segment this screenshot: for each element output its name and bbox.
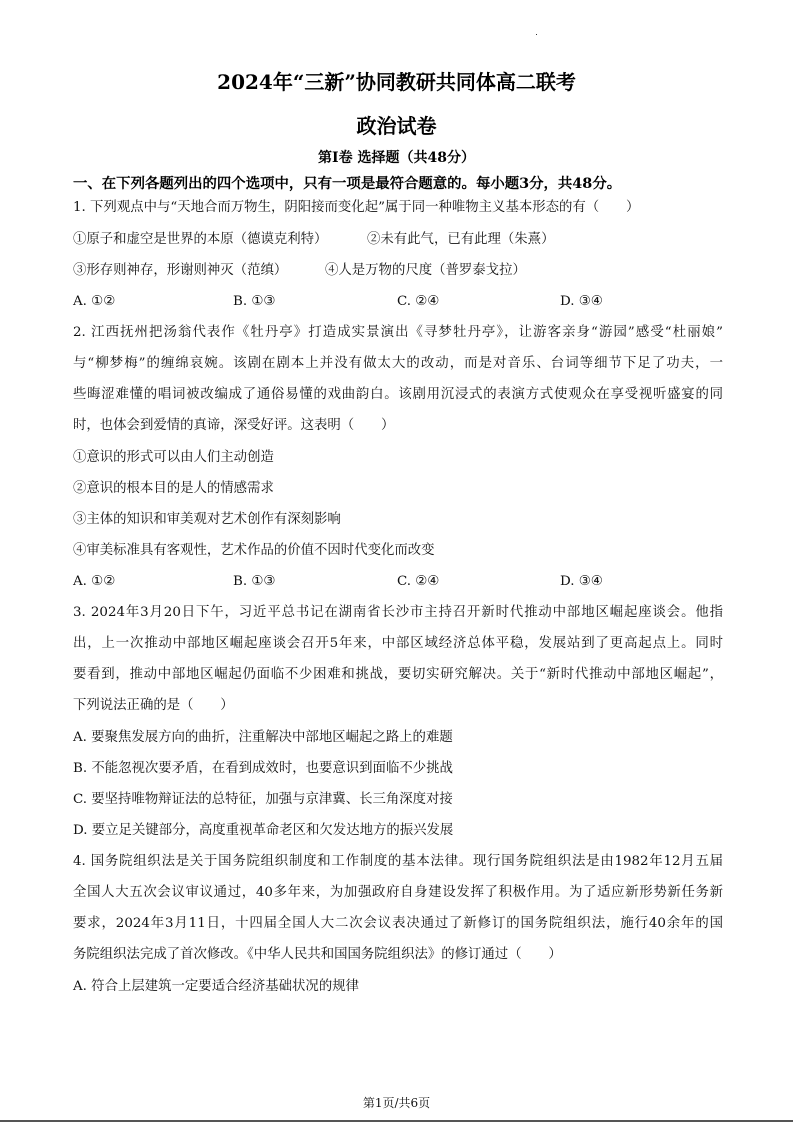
- q4-option-a[interactable]: A. 符合上层建筑一定要适合经济基础状况的规律: [73, 979, 359, 995]
- question-3-stem-line-1: 3. 2024年3月20日下午，习近平总书记在湖南省长沙市主持召开新时代推动中部…: [73, 605, 723, 621]
- q2-statement-2: ②意识的根本目的是人的情感需求: [73, 481, 274, 497]
- exam-title: 2024年“三新”协同教研共同体高二联考: [0, 66, 793, 95]
- question-4-stem-line-1: 4. 国务院组织法是关于国务院组织制度和工作制度的基本法律。现行国务院组织法是由…: [73, 854, 723, 870]
- q1-statement-4: ④人是万物的尺度（普罗泰戈拉）: [325, 263, 526, 279]
- q1-statement-1: ①原子和虚空是世界的本原（德谟克利特）: [73, 232, 327, 248]
- section-instruction: 一、在下列各题列出的四个选项中，只有一项是最符合题意的。每小题3分，共48分。: [73, 172, 621, 193]
- q1-option-c[interactable]: C. ②④: [397, 294, 439, 310]
- question-4-stem-line-2: 全国人大五次会议审议通过，40多年来，为加强政府自身建设发挥了积极作用。为了适应…: [73, 885, 723, 901]
- q1-option-b[interactable]: B. ①③: [233, 294, 275, 310]
- q2-option-d[interactable]: D. ③④: [560, 574, 603, 590]
- q1-option-d[interactable]: D. ③④: [560, 294, 603, 310]
- q3-option-b[interactable]: B. 不能忽视次要矛盾，在看到成效时，也要意识到面临不少挑战: [73, 761, 453, 777]
- question-2-stem-line-4: 时，也体会到爱情的真谛，深受好评。这表明（ ）: [73, 418, 394, 434]
- question-1-stem: 1. 下列观点中与“天地合而万物生，阴阳接而变化起”属于同一种唯物主义基本形态的…: [73, 200, 639, 216]
- q2-statement-4: ④审美标准具有客观性，艺术作品的价值不因时代变化而改变: [73, 543, 435, 559]
- question-2-stem-line-2: 与“柳梦梅”的缠绵哀婉。该剧在剧本上并没有做太大的改动，而是对音乐、台词等细节下…: [73, 356, 723, 372]
- q3-option-d[interactable]: D. 要立足关键部分，高度重视革命老区和欠发达地方的振兴发展: [73, 823, 453, 839]
- q1-statement-2: ②未有此气，已有此理（朱熹）: [367, 232, 554, 248]
- question-4-stem-line-3: 要求，2024年3月11日，十四届全国人大二次会议表决通过了新修订的国务院组织法…: [73, 916, 723, 932]
- q3-option-c[interactable]: C. 要坚持唯物辩证法的总特征，加强与京津冀、长三角深度对接: [73, 792, 453, 808]
- q1-option-a[interactable]: A. ①②: [73, 294, 115, 310]
- scan-speck: [536, 34, 537, 35]
- question-3-stem-line-2: 出，上一次推动中部地区崛起座谈会召开5年来，中部区域经济总体平稳，发展站到了更高…: [73, 636, 723, 652]
- q2-option-c[interactable]: C. ②④: [397, 574, 439, 590]
- question-4-stem-line-4: 务院组织法完成了首次修改。《中华人民共和国国务院组织法》的修订通过（ ）: [73, 947, 562, 963]
- q2-option-a[interactable]: A. ①②: [73, 574, 115, 590]
- q3-option-a[interactable]: A. 要聚焦发展方向的曲折，注重解决中部地区崛起之路上的难题: [73, 730, 453, 746]
- q2-option-b[interactable]: B. ①③: [233, 574, 275, 590]
- question-2-stem-line-1: 2. 江西抚州把汤翁代表作《牡丹亭》打造成实景演出《寻梦牡丹亭》，让游客亲身“游…: [73, 325, 723, 341]
- question-3-stem-line-3: 要看到，推动中部地区崛起仍面临不少困难和挑战，要切实研究解决。关于“新时代推动中…: [73, 667, 723, 683]
- q2-statement-1: ①意识的形式可以由人们主动创造: [73, 450, 274, 466]
- page-indicator: 第1页/共6页: [0, 1094, 793, 1111]
- question-3-stem-line-4: 下列说法正确的是（ ）: [73, 698, 234, 714]
- part-heading: 第Ⅰ卷 选择题（共48分）: [0, 147, 793, 167]
- q2-statement-3: ③主体的知识和审美观对艺术创作有深刻影响: [73, 512, 341, 528]
- q1-statement-3: ③形存则神存，形谢则神灭（范缜）: [73, 263, 287, 279]
- question-2-stem-line-3: 些晦涩难懂的唱词被改编成了通俗易懂的戏曲韵白。该剧用沉浸式的表演方式使观众在享受…: [73, 387, 723, 403]
- exam-subject: 政治试卷: [0, 110, 793, 139]
